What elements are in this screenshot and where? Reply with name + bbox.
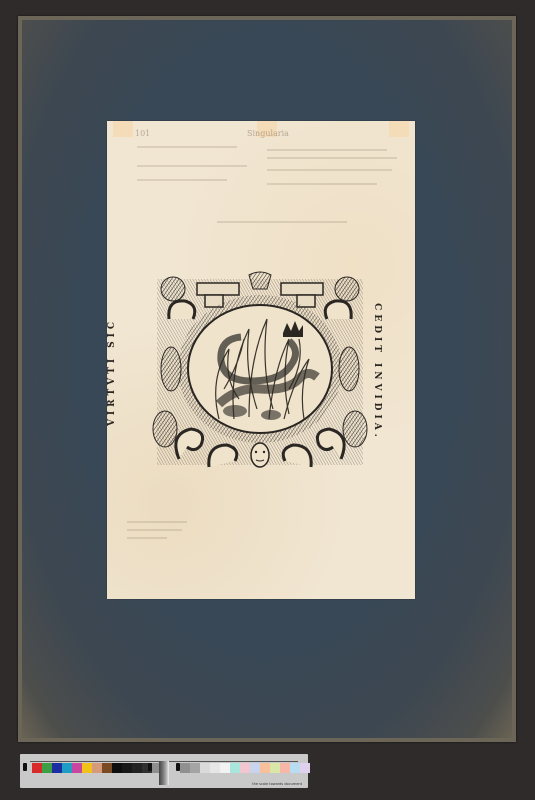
show-through-text bbox=[137, 146, 237, 148]
target-note: the scale towards document bbox=[252, 782, 302, 786]
color-patch bbox=[250, 763, 260, 773]
color-patch bbox=[42, 763, 52, 773]
registration-marker bbox=[148, 763, 152, 771]
page-number: 101 bbox=[135, 129, 150, 138]
color-patch bbox=[82, 763, 92, 773]
color-calibration-target: the scale towards document bbox=[20, 754, 308, 788]
mask-face bbox=[251, 443, 269, 467]
show-through-text bbox=[267, 169, 392, 171]
putto-left bbox=[161, 277, 185, 301]
motto-right: CEDIT INVIDIA. bbox=[372, 303, 382, 441]
color-patch bbox=[210, 763, 220, 773]
show-through-text bbox=[267, 183, 377, 185]
color-patch bbox=[280, 763, 290, 773]
color-patches-left bbox=[32, 763, 162, 773]
color-patch bbox=[270, 763, 280, 773]
putto-right bbox=[335, 277, 359, 301]
show-through-text bbox=[127, 521, 187, 523]
color-patch bbox=[300, 763, 310, 773]
woodcut-emblem bbox=[149, 269, 371, 473]
color-patch bbox=[72, 763, 82, 773]
color-patch bbox=[190, 763, 200, 773]
color-patches-right bbox=[180, 763, 310, 773]
registration-marker bbox=[23, 763, 27, 771]
color-patch bbox=[180, 763, 190, 773]
paper-tab bbox=[389, 121, 409, 137]
color-patch bbox=[290, 763, 300, 773]
show-through-text bbox=[127, 537, 167, 539]
show-through-text bbox=[267, 157, 397, 159]
motto-left: VIRTVTI SIC bbox=[107, 318, 117, 426]
fruit-garland-right bbox=[343, 411, 367, 447]
color-patch bbox=[240, 763, 250, 773]
color-patch bbox=[52, 763, 62, 773]
color-patch bbox=[92, 763, 102, 773]
color-patch bbox=[220, 763, 230, 773]
color-patch bbox=[132, 763, 142, 773]
color-patch bbox=[32, 763, 42, 773]
show-through-text bbox=[127, 529, 182, 531]
show-through-text bbox=[217, 221, 347, 223]
color-patch bbox=[112, 763, 122, 773]
color-patch bbox=[102, 763, 112, 773]
paper-tab bbox=[113, 121, 133, 137]
color-patch bbox=[122, 763, 132, 773]
show-through-text bbox=[137, 165, 247, 167]
color-patch bbox=[200, 763, 210, 773]
show-through-text bbox=[267, 149, 387, 151]
satyr-left bbox=[161, 347, 181, 391]
satyr-right bbox=[339, 347, 359, 391]
color-patch bbox=[260, 763, 270, 773]
running-head-title: Singularia bbox=[247, 129, 289, 138]
show-through-text bbox=[137, 179, 227, 181]
color-patch bbox=[230, 763, 240, 773]
fruit-garland-left bbox=[153, 411, 177, 447]
color-patch bbox=[62, 763, 72, 773]
top-ornament bbox=[249, 272, 271, 289]
gray-scale-strip bbox=[159, 761, 169, 785]
